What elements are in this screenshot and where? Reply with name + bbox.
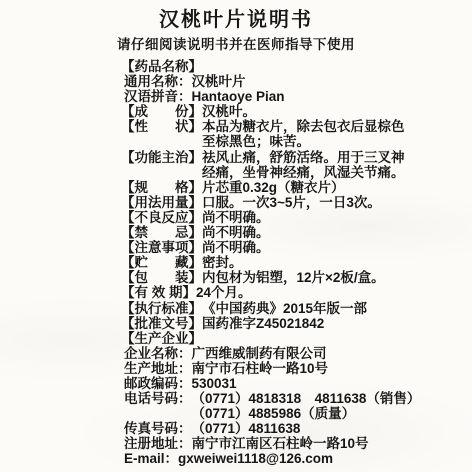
field-value: （0771）4811638 <box>192 421 429 436</box>
field-label: E-mail： <box>124 451 178 466</box>
field-label: 【包 装】 <box>121 270 202 285</box>
field-label: 【生产企业】 <box>121 331 202 346</box>
field-value: 口服。一次3~5片，一日3次。 <box>202 195 428 210</box>
field-label: 【不良反应】 <box>121 210 202 225</box>
leaflet-row: 【有 效 期】 24个月。 <box>121 285 428 300</box>
leaflet-subtitle: 请仔细阅读说明书并在医师指导下使用 <box>0 37 472 53</box>
field-value: 尚不明确。 <box>202 210 428 225</box>
field-value: gxweiwei1118@126.com <box>178 451 428 466</box>
field-value: （0771）4818318 4811638（销售） （0771）4885986（… <box>192 391 429 421</box>
leaflet-row: 生产地址： 南宁市石柱岭一路10号 <box>121 361 428 376</box>
field-label: 【注意事项】 <box>121 240 202 255</box>
field-value: 530031 <box>192 376 429 391</box>
field-value: 南宁市石柱岭一路10号 <box>192 361 429 376</box>
leaflet-page: 汉桃叶片说明书 请仔细阅读说明书并在医师指导下使用 【药品名称】 通用名称： 汉… <box>0 0 472 472</box>
leaflet-row: 【成 份】 汉桃叶。 <box>121 104 428 119</box>
leaflet-row: 【性 状】 本品为糖衣片，除去包衣后显棕色 至棕黑色；味苦。 <box>121 119 428 149</box>
leaflet-row: 【药品名称】 <box>121 59 428 74</box>
field-label: 【性 状】 <box>121 119 202 134</box>
leaflet-row: E-mail： gxweiwei1118@126.com <box>121 451 428 466</box>
leaflet-row: 【执行标准】 《中国药典》2015年版一部 <box>121 301 428 316</box>
field-value: 广西维威制药有限公司 <box>192 346 429 361</box>
leaflet-row: 通用名称： 汉桃叶片 <box>121 74 428 89</box>
leaflet-row: 【批准文号】 国药准字Z45021842 <box>121 316 428 331</box>
leaflet-row: 【用法用量】 口服。一次3~5片，一日3次。 <box>121 195 428 210</box>
leaflet-row: 注册地址： 南宁市江南区石柱岭一路10号 <box>121 436 428 451</box>
leaflet-row: 【包 装】 内包材为铝塑，12片×2板/盒。 <box>121 270 428 285</box>
leaflet-row: 【功能主治】 祛风止痛，舒筋活络。用于三叉神 经痛，坐骨神经痛，风湿关节痛。 <box>121 150 428 180</box>
field-label: 【禁 忌】 <box>121 225 202 240</box>
field-value: 本品为糖衣片，除去包衣后显棕色 至棕黑色；味苦。 <box>202 119 428 149</box>
field-value: 汉桃叶片 <box>192 74 429 89</box>
field-value: 国药准字Z45021842 <box>202 316 428 331</box>
field-label: 邮政编码： <box>124 376 192 391</box>
field-label: 传真号码： <box>124 421 192 436</box>
field-value: 尚不明确。 <box>202 225 428 240</box>
leaflet-row: 【不良反应】 尚不明确。 <box>121 210 428 225</box>
field-label: 【规 格】 <box>121 180 202 195</box>
leaflet-body: 【药品名称】 通用名称： 汉桃叶片 汉语拼音： Hantaoye Pian 【成… <box>121 59 428 467</box>
leaflet-row: 【禁 忌】 尚不明确。 <box>121 225 428 240</box>
leaflet-row: 【贮 藏】 密封。 <box>121 255 428 270</box>
field-value: 《中国药典》2015年版一部 <box>202 301 428 316</box>
leaflet-row: 【生产企业】 <box>121 331 428 346</box>
field-value: 24个月。 <box>196 285 428 300</box>
field-label: 生产地址： <box>124 361 192 376</box>
leaflet-row: 企业名称： 广西维威制药有限公司 <box>121 346 428 361</box>
leaflet-row: 传真号码： （0771）4811638 <box>121 421 428 436</box>
field-label: 【药品名称】 <box>121 59 202 74</box>
leaflet-row: 电话号码： （0771）4818318 4811638（销售） （0771）48… <box>121 391 428 421</box>
field-label: 注册地址： <box>124 436 192 451</box>
leaflet-row: 【规 格】 片芯重0.32g（糖衣片） <box>121 180 428 195</box>
field-label: 汉语拼音： <box>124 89 192 104</box>
field-value: 汉桃叶。 <box>202 104 428 119</box>
field-label: 【成 份】 <box>121 104 202 119</box>
field-value: Hantaoye Pian <box>192 89 429 104</box>
leaflet-row: 【注意事项】 尚不明确。 <box>121 240 428 255</box>
field-label: 企业名称： <box>124 346 192 361</box>
field-label: 【贮 藏】 <box>121 255 202 270</box>
field-label: 【执行标准】 <box>121 301 202 316</box>
field-label: 【功能主治】 <box>121 150 202 165</box>
leaflet-row: 邮政编码： 530031 <box>121 376 428 391</box>
field-label: 【批准文号】 <box>121 316 202 331</box>
field-label: 【有 效 期】 <box>121 285 196 300</box>
field-label: 电话号码： <box>124 391 192 406</box>
field-value: 祛风止痛，舒筋活络。用于三叉神 经痛，坐骨神经痛，风湿关节痛。 <box>202 150 428 180</box>
field-label: 通用名称： <box>124 74 192 89</box>
field-value: 南宁市江南区石柱岭一路10号 <box>192 436 429 451</box>
field-value: 内包材为铝塑，12片×2板/盒。 <box>202 270 428 285</box>
field-value: 尚不明确。 <box>202 240 428 255</box>
field-value: 片芯重0.32g（糖衣片） <box>202 180 428 195</box>
field-value: 密封。 <box>202 255 428 270</box>
field-label: 【用法用量】 <box>121 195 202 210</box>
leaflet-title: 汉桃叶片说明书 <box>0 0 472 32</box>
leaflet-row: 汉语拼音： Hantaoye Pian <box>121 89 428 104</box>
